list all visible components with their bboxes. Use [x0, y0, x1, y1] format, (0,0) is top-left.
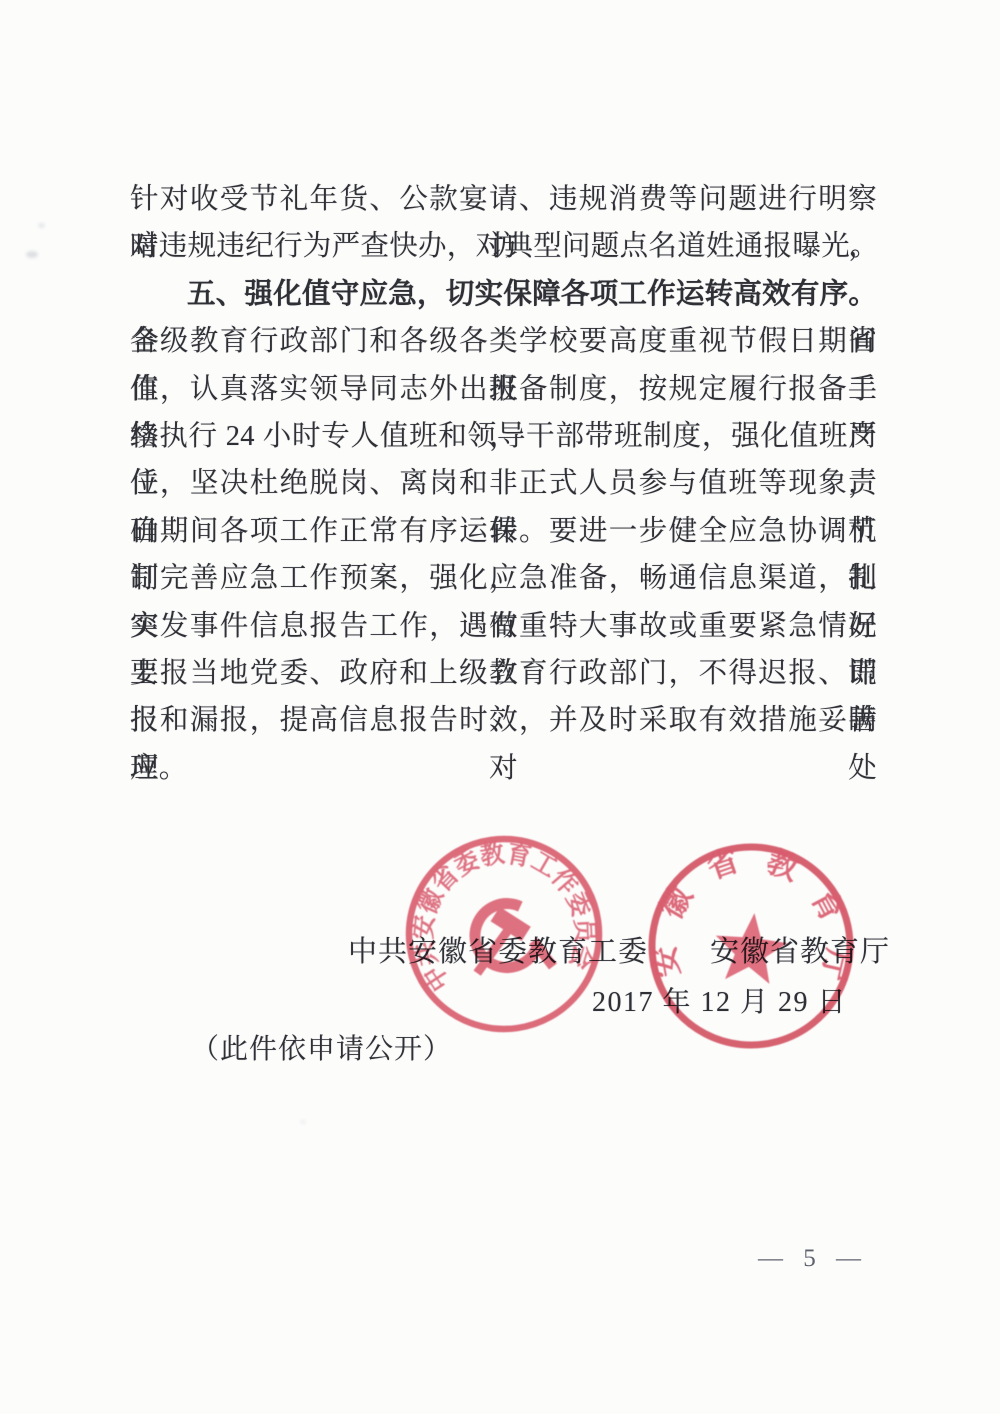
star-icon — [711, 909, 790, 985]
page-number: — 5 — — [758, 1245, 863, 1273]
document-page: 针对收受节礼年货、公款宴请、违规消费等问题进行明察暗访，对违规违纪行为严查快办，… — [0, 0, 1000, 1414]
scan-speck — [300, 1120, 306, 1124]
left-seal: 中共安徽省委教育工作委员会 — [397, 827, 611, 1041]
body-line: 任，坚决杜绝脱岗、离岗和非正式人员参与值班等现象，确保节 — [130, 460, 877, 507]
body-line-bold-segment: 五、强化值守应急，切实保障各项工作运转高效有序。 — [187, 278, 877, 310]
body-line: 五、强化值守应急，切实保障各项工作运转高效有序。全省 — [130, 271, 877, 318]
body-text: 针对收受节礼年货、公款宴请、违规消费等问题进行明察暗访，对违规违纪行为严查快办，… — [130, 176, 877, 792]
scan-speck — [26, 251, 38, 258]
body-line: 各级教育行政部门和各级各类学校要高度重视节假日期间值班工 — [130, 318, 877, 365]
hammer-sickle-icon — [468, 898, 553, 977]
body-line: 针对收受节礼年货、公款宴请、违规消费等问题进行明察暗访， — [130, 176, 877, 223]
body-line: 订完善应急工作预案，强化应急准备，畅通信息渠道，扎实做好 — [130, 555, 877, 602]
body-line: 对违规违纪行为严查快办，对典型问题点名道姓通报曝光。 — [130, 223, 877, 270]
scan-speck — [38, 223, 45, 228]
body-line: 突发事件信息报告工作，遇有重特大事故或重要紧急情况要立即 — [130, 603, 877, 650]
body-line: 报和漏报，提高信息报告时效，并及时采取有效措施妥善应对处 — [130, 697, 877, 744]
right-seal-ring-text: 安徽省教育厅 — [643, 837, 860, 1001]
right-seal: 安徽省教育厅 — [642, 837, 860, 1055]
body-line: 作，认真落实领导同志外出报备制度，按规定履行报备手续，严 — [130, 366, 877, 413]
body-line: 格执行 24 小时专人值班和领导干部带班制度，强化值班岗位责 — [130, 413, 877, 460]
body-line: 上报当地党委、政府和上级教育行政部门，不得迟报、谎报、瞒 — [130, 650, 877, 697]
svg-text:安徽省教育厅: 安徽省教育厅 — [643, 837, 860, 1001]
body-line: 日期间各项工作正常有序运转。要进一步健全应急协调机制，制 — [130, 508, 877, 555]
